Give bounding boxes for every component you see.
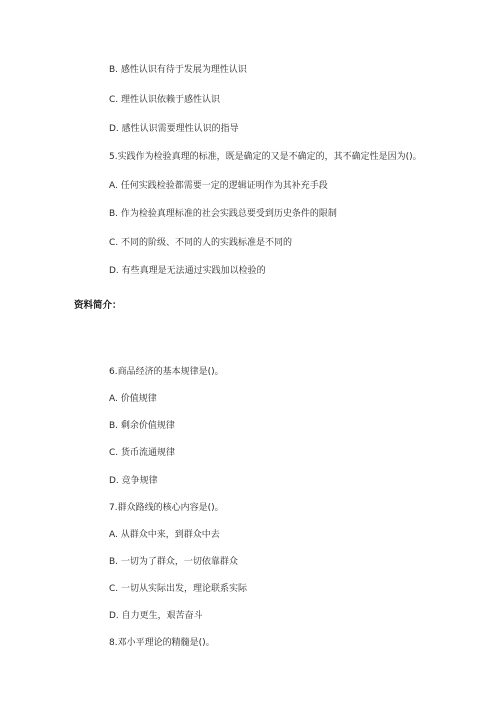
answer-option: B. 一切为了群众，一切依靠群众	[109, 556, 238, 568]
answer-option: A. 价值规律	[109, 393, 157, 405]
answer-option: A. 从群众中来，到群众中去	[109, 529, 220, 541]
section-heading: 资料简介：	[74, 300, 122, 312]
answer-option: C. 货币流通规律	[109, 447, 175, 459]
answer-option: B. 作为检验真理标准的社会实践总要受到历史条件的限制	[109, 208, 337, 220]
answer-option: D. 感性认识需要理性认识的指导	[109, 123, 239, 135]
answer-option: B. 感性认识有待于发展为理性认识	[109, 64, 247, 76]
answer-option: D. 自力更生，艰苦奋斗	[109, 610, 203, 622]
answer-option: C. 理性认识依赖于感性认识	[109, 94, 220, 106]
answer-option: D. 竞争规律	[109, 475, 158, 487]
question-text: 8.邓小平理论的精髓是()。	[109, 637, 215, 649]
answer-option: B. 剩余价值规律	[109, 420, 175, 432]
answer-option: C. 一切从实际出发，理论联系实际	[109, 583, 247, 595]
answer-option: A. 任何实践检验都需要一定的逻辑证明作为其补充手段	[109, 180, 328, 192]
question-text: 5.实践作为检验真理的标准，既是确定的又是不确定的，其不确定性是因为()。	[109, 151, 422, 163]
answer-option: C. 不同的阶级、不同的人的实践标准是不同的	[109, 237, 292, 249]
question-text: 7.群众路线的核心内容是()。	[109, 502, 224, 514]
question-text: 6.商品经济的基本规律是()。	[109, 366, 224, 378]
answer-option: D. 有些真理是无法通过实践加以检验的	[109, 265, 266, 277]
